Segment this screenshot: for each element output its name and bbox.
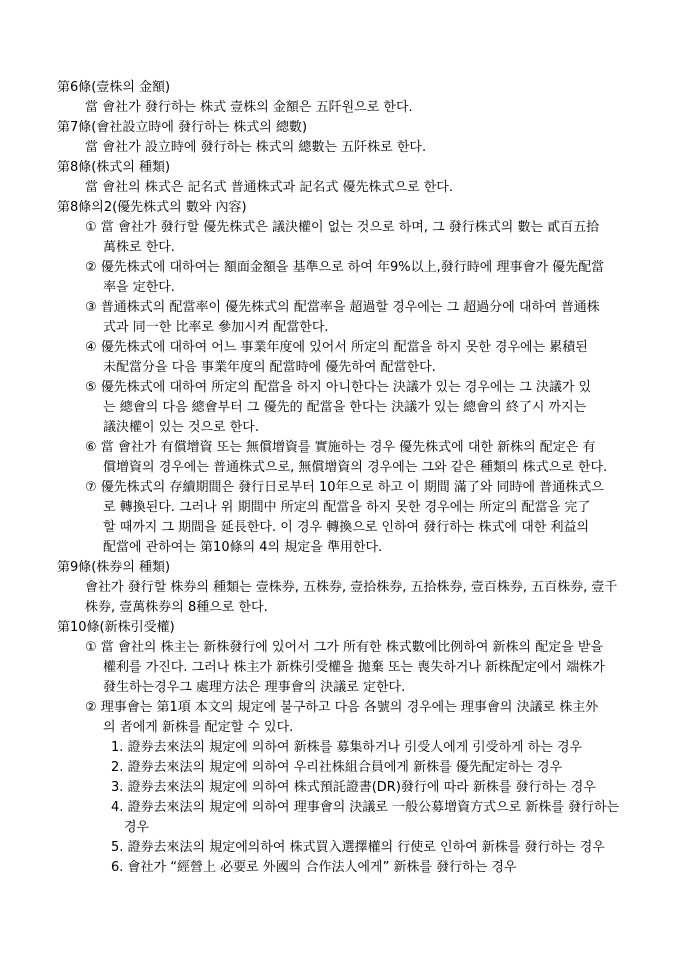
article-line: 萬株로 한다. (57, 238, 632, 258)
article: 第9條(株券의 種類)會社가 發行할 株券의 種類는 壹株券, 五株券, 壹拾株… (57, 558, 632, 618)
article-line: ② 優先株式에 대하여는 額面金額을 基準으로 하여 年9%以上,發行時에 理事… (57, 258, 632, 278)
article-heading: 第9條(株券의 種類) (57, 558, 632, 578)
article-line: 配當에 관하여는 第10條의 4의 規定을 準用한다. (57, 538, 632, 558)
article-heading: 第7條(會社設立時에 發行하는 株式의 總數) (57, 118, 632, 138)
article-line: ④ 優先株式에 대하여 어느 事業年度에 있어서 所定의 配當을 하지 못한 경… (57, 338, 632, 358)
article-line: 當 會社가 設立時에 發行하는 株式의 總數는 五阡株로 한다. (57, 138, 632, 158)
article-heading: 第6條(壹株의 金額) (57, 78, 632, 98)
article-line: 4. 證券去來法의 規定에 의하여 理事會의 決議로 一般公募增資方式으로 新株… (57, 798, 632, 818)
article-line: ② 理事會는 第1項 本文의 規定에 불구하고 다음 各號의 경우에는 理事會의… (57, 698, 632, 718)
article-line: 會社가 發行할 株券의 種類는 壹株券, 五株券, 壹拾株券, 五拾株券, 壹百… (57, 578, 632, 598)
article-line: 議決權이 있는 것으로 한다. (57, 418, 632, 438)
article-line: 當 會社의 株式은 記名式 普通株式과 記名式 優先株式으로 한다. (57, 178, 632, 198)
article-line: 경우 (57, 818, 632, 838)
article-line: 未配當分을 다음 事業年度의 配當時에 優先하여 配當한다. (57, 358, 632, 378)
article-line: 3. 證券去來法의 規定에 의하여 株式預託證書(DR)發行에 따라 新株를 發… (57, 778, 632, 798)
article-line: 式과 同一한 比率로 參加시켜 配當한다. (57, 318, 632, 338)
article-line: 2. 證券去來法의 規定에 의하여 우리社株組合員에게 新株를 優先配定하는 경… (57, 758, 632, 778)
article-line: 는 總會의 다음 總會부터 그 優先的 配當을 한다는 決議가 있는 總會의 終… (57, 398, 632, 418)
article-line: 株券, 壹萬株券의 8種으로 한다. (57, 598, 632, 618)
article-line: ③ 普通株式의 配當率이 優先株式의 配當率을 超過할 경우에는 그 超過分에 … (57, 298, 632, 318)
article-line: ① 當 會社의 株主는 新株發行에 있어서 그가 所有한 株式數에比例하여 新株… (57, 638, 632, 658)
document-page: 第6條(壹株의 金額)當 會社가 發行하는 株式 壹株의 金額은 五阡원으로 한… (57, 78, 632, 878)
article: 第10條(新株引受權)① 當 會社의 株主는 新株發行에 있어서 그가 所有한 … (57, 618, 632, 878)
article-line: 當 會社가 發行하는 株式 壹株의 金額은 五阡원으로 한다. (57, 98, 632, 118)
article-line: 發生하는경우그 處理方法은 理事會의 決議로 定한다. (57, 678, 632, 698)
article-line: 1. 證券去來法의 規定에 의하여 新株를 募集하거나 引受人에게 引受하게 하… (57, 738, 632, 758)
article: 第6條(壹株의 金額)當 會社가 發行하는 株式 壹株의 金額은 五阡원으로 한… (57, 78, 632, 118)
article-heading: 第10條(新株引受權) (57, 618, 632, 638)
article-line: ① 當 會社가 發行할 優先株式은 議決權이 없는 것으로 하며, 그 發行株式… (57, 218, 632, 238)
article-line: 償增資의 경우에는 普通株式으로, 無償增資의 경우에는 그와 같은 種類의 株… (57, 458, 632, 478)
article-line: 로 轉換된다. 그러나 위 期間中 所定의 配當을 하지 못한 경우에는 所定의… (57, 498, 632, 518)
article-heading: 第8條의2(優先株式의 數와 內容) (57, 198, 632, 218)
article-line: 6. 會社가 “經營上 必要로 外國의 合作法人에게” 新株를 發行하는 경우 (57, 858, 632, 878)
article-heading: 第8條(株式의 種類) (57, 158, 632, 178)
article-line: 5. 證券去來法의 規定에의하여 株式買入選擇權의 行使로 인하여 新株를 發行… (57, 838, 632, 858)
article-line: 할 때까지 그 期間을 延長한다. 이 경우 轉換으로 인하여 發行하는 株式에… (57, 518, 632, 538)
article-line: 權利를 가진다. 그러나 株主가 新株引受權을 拋棄 또는 喪失하거나 新株配定… (57, 658, 632, 678)
article-line: 의 者에게 新株를 配定할 수 있다. (57, 718, 632, 738)
article: 第8條(株式의 種類)當 會社의 株式은 記名式 普通株式과 記名式 優先株式으… (57, 158, 632, 198)
article: 第8條의2(優先株式의 數와 內容)① 當 會社가 發行할 優先株式은 議決權이… (57, 198, 632, 558)
article-line: ⑦ 優先株式의 存續期間은 發行日로부터 10年으로 하고 이 期間 滿了와 同… (57, 478, 632, 498)
article-line: ⑤ 優先株式에 대하여 所定의 配當을 하지 아니한다는 決議가 있는 경우에는… (57, 378, 632, 398)
article-line: 率을 定한다. (57, 278, 632, 298)
article-line: ⑥ 當 會社가 有償增資 또는 無償增資를 實施하는 경우 優先株式에 대한 新… (57, 438, 632, 458)
article: 第7條(會社設立時에 發行하는 株式의 總數)當 會社가 設立時에 發行하는 株… (57, 118, 632, 158)
